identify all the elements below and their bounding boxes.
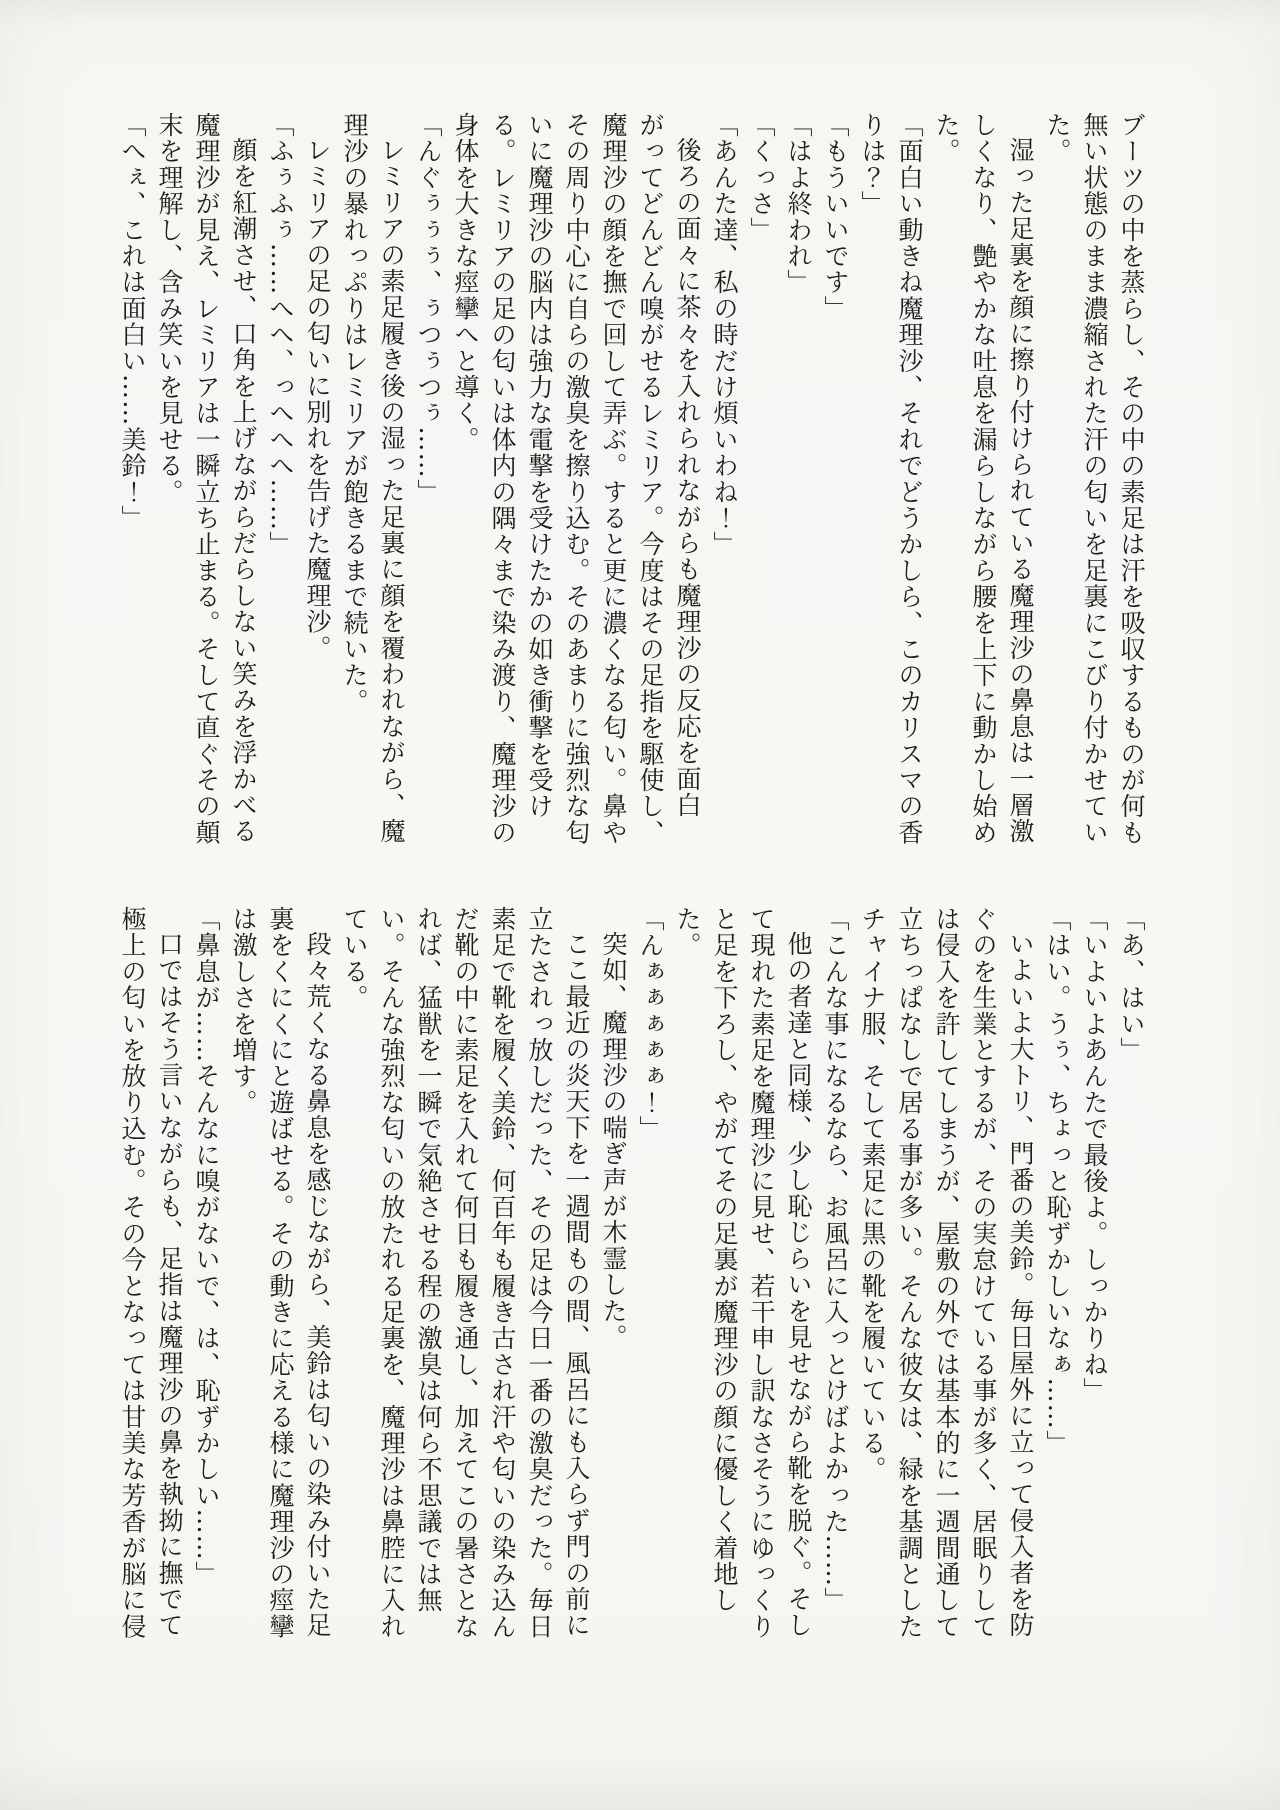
top-text-block: ブーツの中を蒸らし、その中の素足は汗を吸収するものが何も無い状態のまま濃縮された… xyxy=(114,112,1150,854)
paragraph: ブーツの中を蒸らし、その中の素足は汗を吸収するものが何も無い状態のまま濃縮された… xyxy=(1039,112,1150,854)
dialogue-line: 「くっさ」 xyxy=(743,112,780,854)
paragraph: 顔を紅潮させ、口角を上げながらだらしない笑みを浮かべる魔理沙が見え、レミリアは一… xyxy=(151,112,262,854)
paragraph: レミリアの足の匂いに別れを告げた魔理沙。 xyxy=(299,112,336,854)
dialogue-line: 「ふぅふぅ……へへ、っへへへ……」 xyxy=(262,112,299,854)
dialogue-line: 「あ、はい」 xyxy=(1113,906,1150,1648)
dialogue-line: 「へぇ、これは面白い……美鈴！」 xyxy=(114,112,151,854)
paragraph: いよいよ大トリ、門番の美鈴。毎日屋外に立って侵入者を防ぐのを生業とするが、その実… xyxy=(854,906,1039,1648)
dialogue-line: 「んぁぁぁぁぁ！」 xyxy=(632,906,669,1648)
dialogue-line: 「あんた達、私の時だけ煩いわね！」 xyxy=(706,112,743,854)
paragraph: 他の者達と同様、少し恥じらいを見せながら靴を脱ぐ。そして現れた素足を魔理沙に見せ… xyxy=(669,906,817,1648)
paragraph: 口ではそう言いながらも、足指は魔理沙の鼻を執拗に撫でて極上の匂いを放り込む。その… xyxy=(114,906,188,1648)
paragraph: 段々荒くなる鼻息を感じながら、美鈴は匂いの染み付いた足裏をくにくにと遊ばせる。そ… xyxy=(225,906,336,1648)
dialogue-line: 「はよ終われ」 xyxy=(780,112,817,854)
paragraph: 後ろの面々に茶々を入れられながらも魔理沙の反応を面白がってどんどん嗅がせるレミリ… xyxy=(447,112,706,854)
dialogue-line: 「はい。うぅ、ちょっと恥ずかしいなぁ……」 xyxy=(1039,906,1076,1648)
scanned-page: ブーツの中を蒸らし、その中の素足は汗を吸収するものが何も無い状態のまま濃縮された… xyxy=(0,0,1280,1810)
dialogue-line: 「こんな事になるなら、お風呂に入っとけばよかった……」 xyxy=(817,906,854,1648)
paragraph: レミリアの素足履き後の湿った足裏に顔を覆われながら、魔理沙の暴れっぷりはレミリア… xyxy=(336,112,410,854)
dialogue-line: 「もういいです」 xyxy=(817,112,854,854)
paragraph: 湿った足裏を顔に擦り付けられている魔理沙の鼻息は一層激しくなり、艶やかな吐息を漏… xyxy=(928,112,1039,854)
dialogue-line: 「面白い動きね魔理沙、それでどうかしら、このカリスマの香りは？」 xyxy=(854,112,928,854)
paragraph: ここ最近の炎天下を一週間もの間、風呂にも入らず門の前に立たされっ放しだった、その… xyxy=(336,906,595,1648)
dialogue-line: 「いよいよあんたで最後よ。しっかりね」 xyxy=(1076,906,1113,1648)
bottom-text-block: 「あ、はい」 「いよいよあんたで最後よ。しっかりね」 「はい。うぅ、ちょっと恥ず… xyxy=(114,906,1150,1648)
dialogue-line: 「んぐぅぅぅ、ぅつぅつぅ……」 xyxy=(410,112,447,854)
dialogue-line: 「鼻息が……そんなに嗅がないで、は、恥ずかしい……」 xyxy=(188,906,225,1648)
paragraph: 突如、魔理沙の喘ぎ声が木霊した。 xyxy=(595,906,632,1648)
